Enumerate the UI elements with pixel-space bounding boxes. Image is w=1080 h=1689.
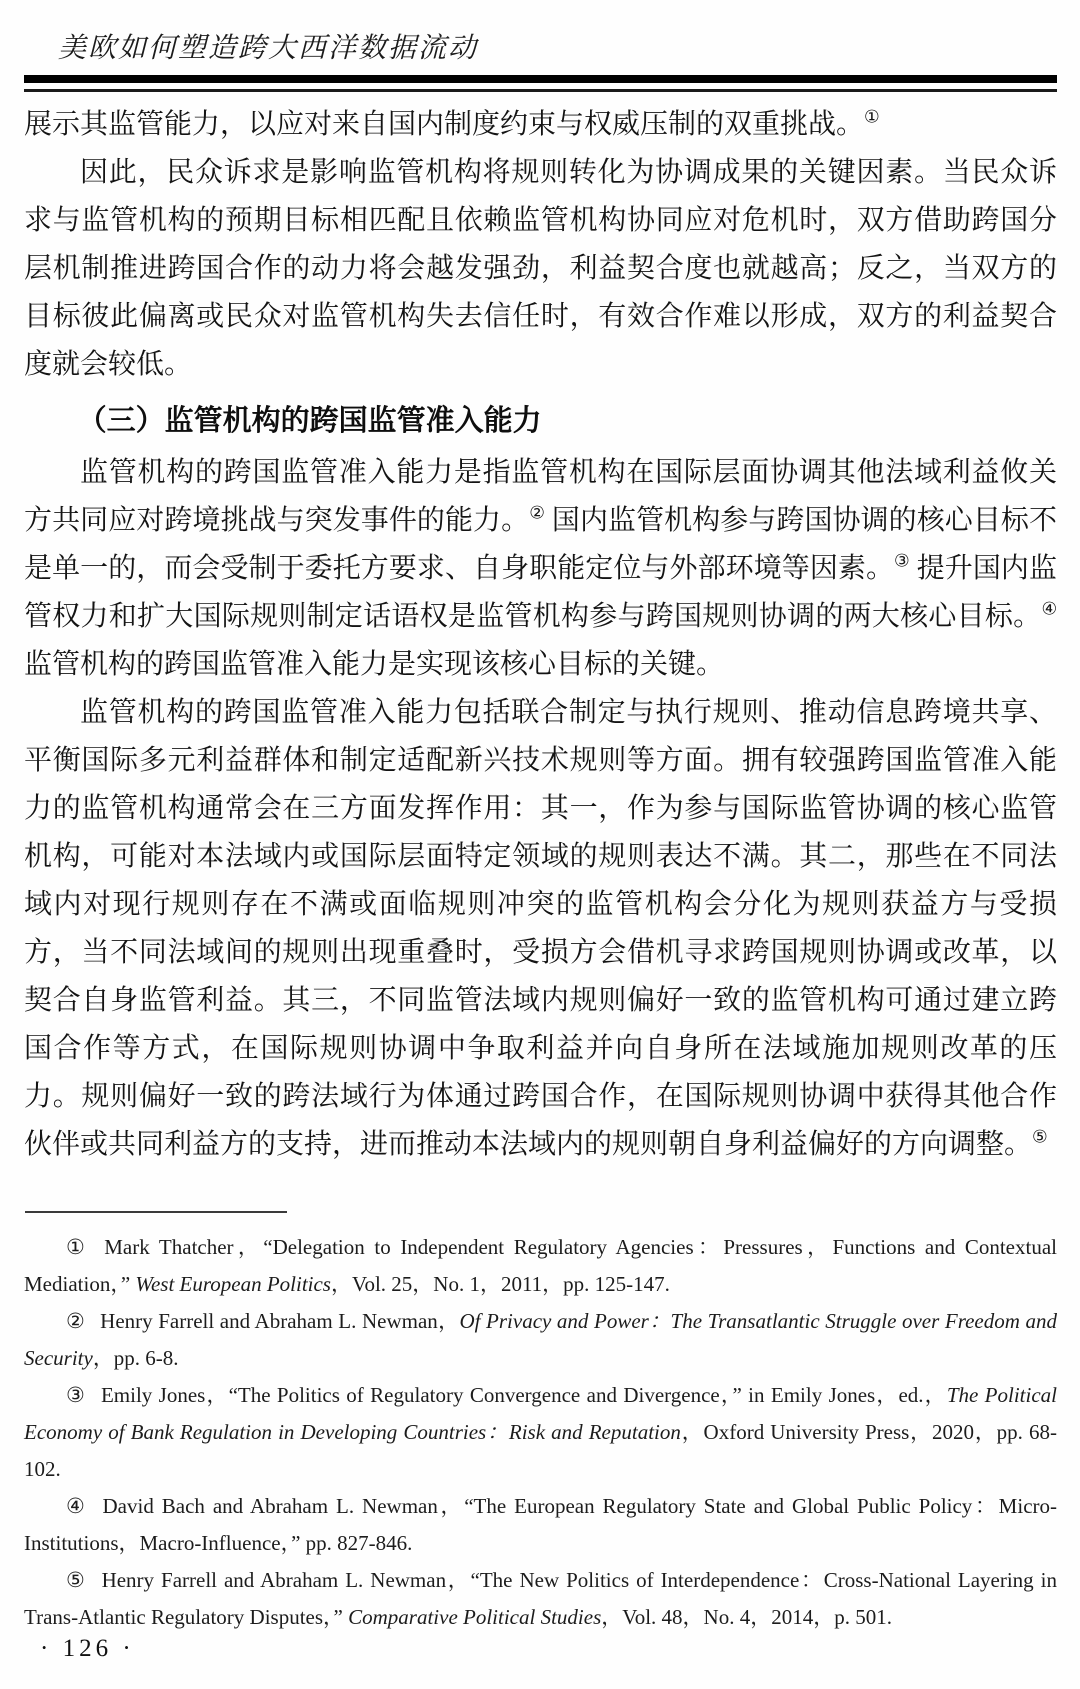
footnote-ref-mark: ④ [1041, 600, 1057, 619]
text-run: ，Vol. 48，No. 4，2014，p. 501. [601, 1605, 892, 1629]
footnote-ref-mark: ③ [894, 552, 910, 571]
footnote-marker: ① [66, 1235, 104, 1259]
footnote-separator [25, 1211, 287, 1213]
footnote-marker: ② [66, 1309, 100, 1333]
text-run: Emily Jones，“The Politics of Regulatory … [101, 1383, 947, 1407]
footnote-ref-mark: ⑤ [1032, 1128, 1048, 1147]
footnote-ref-mark: ② [529, 504, 545, 523]
section-heading: （三）监管机构的跨国监管准入能力 [24, 397, 1057, 445]
body-paragraph: 监管机构的跨国监管准入能力是指监管机构在国际层面协调其他法域利益攸关方共同应对跨… [24, 449, 1057, 689]
page: 美欧如何塑造跨大西洋数据流动 展示其监管能力，以应对来自国内制度约束与权威压制的… [0, 0, 1080, 1689]
page-number: · 126 · [40, 1635, 135, 1663]
page-header: 美欧如何塑造跨大西洋数据流动 [24, 26, 1057, 92]
footnote-marker: ⑤ [66, 1568, 102, 1592]
footnote-marker: ④ [66, 1494, 103, 1518]
text-run: ，Vol. 25，No. 1，2011，pp. 125-147. [331, 1272, 670, 1296]
body-paragraph: 因此，民众诉求是影响监管机构将规则转化为协调成果的关键因素。当民众诉求与监管机构… [24, 149, 1057, 389]
footnote-item: ③Emily Jones，“The Politics of Regulatory… [24, 1377, 1057, 1488]
text-run: David Bach and Abraham L. Newman，“The Eu… [24, 1494, 1057, 1555]
running-title: 美欧如何塑造跨大西洋数据流动 [58, 26, 1057, 66]
footnote-ref-mark: ① [864, 108, 880, 127]
footnote-item: ①Mark Thatcher，“Delegation to Independen… [24, 1229, 1057, 1303]
text-run: Henry Farrell and Abraham L. Newman， [100, 1309, 459, 1333]
article-body: 展示其监管能力，以应对来自国内制度约束与权威压制的双重挑战。①因此，民众诉求是影… [24, 101, 1057, 1169]
text-run: 展示其监管能力，以应对来自国内制度约束与权威压制的双重挑战。 [24, 109, 864, 140]
footnote-item: ⑤Henry Farrell and Abraham L. Newman，“Th… [24, 1562, 1057, 1636]
footnote-marker: ③ [66, 1383, 101, 1407]
page-footer: ①Mark Thatcher，“Delegation to Independen… [24, 1211, 1057, 1636]
footnote-item: ④David Bach and Abraham L. Newman，“The E… [24, 1488, 1057, 1562]
header-rule-thin [24, 89, 1057, 92]
footnotes: ①Mark Thatcher，“Delegation to Independen… [24, 1229, 1057, 1636]
italic-title-text: West European Politics [135, 1272, 331, 1296]
text-run: （三）监管机构的跨国监管准入能力 [78, 405, 542, 437]
text-run: 监管机构的跨国监管准入能力包括联合制定与执行规则、推动信息跨境共享、平衡国际多元… [24, 697, 1057, 1160]
text-run: ，pp. 6-8. [93, 1346, 179, 1370]
body-paragraph: 展示其监管能力，以应对来自国内制度约束与权威压制的双重挑战。① [24, 101, 1057, 149]
body-paragraph: 监管机构的跨国监管准入能力包括联合制定与执行规则、推动信息跨境共享、平衡国际多元… [24, 689, 1057, 1169]
italic-title-text: Comparative Political Studies [348, 1605, 601, 1629]
footnote-item: ②Henry Farrell and Abraham L. Newman，Of … [24, 1303, 1057, 1377]
text-run: 因此，民众诉求是影响监管机构将规则转化为协调成果的关键因素。当民众诉求与监管机构… [24, 157, 1057, 380]
header-rule-thick [24, 75, 1057, 83]
text-run: 监管机构的跨国监管准入能力是实现该核心目标的关键。 [24, 649, 724, 680]
